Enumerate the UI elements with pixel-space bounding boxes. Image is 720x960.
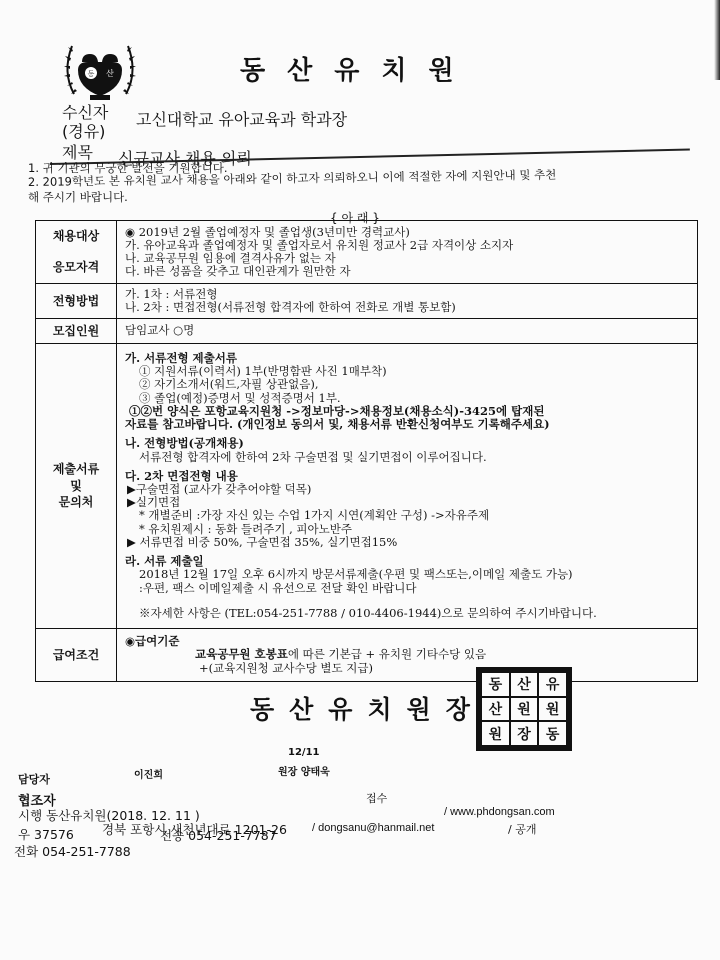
seal-char: 산 (482, 698, 509, 721)
section-na-title: 나. 전형방법(공개채용) (125, 437, 689, 450)
label-headcount: 모집인원 (36, 319, 117, 344)
section-ga-note: 자료를 참고바랍니다. (개인정보 동의서 및, 채용서류 반환신청여부도 기록… (125, 418, 689, 431)
label-target: 채용대상 (37, 228, 115, 245)
via-label: (경유) (62, 119, 105, 142)
label-selection-method: 전형방법 (36, 284, 117, 319)
headcount-content: 담임교사 ○명 (117, 319, 698, 344)
salary-basis: 교육공무원 호봉표 (195, 647, 288, 661)
eligibility-line: ◉ 2019년 2월 졸업예정자 및 졸업생(3년미만 경력교사) (125, 226, 689, 239)
section-na-text: 서류전형 합격자에 한하여 2차 구술면접 및 실기면접이 이루어집니다. (125, 451, 689, 464)
seal-char: 유 (539, 673, 566, 696)
staff-name: 이진희 (134, 766, 163, 781)
disclosure-status: / 공개 (508, 821, 536, 837)
label-documents-line: 제출서류 (37, 461, 115, 478)
intro-line-3: 해 주시기 바랍니다. (28, 189, 128, 205)
fax-number: 전송 054-251-7787 (160, 826, 277, 844)
table-row-salary: 급여조건 ◉급여기준 교육공무원 호봉표에 따른 기본급 + 유치원 기타수당 … (36, 628, 698, 681)
seal-char: 원 (482, 722, 509, 745)
contact-note: ※자세한 사항은 (TEL:054-251-7788 / 010-4406-19… (125, 607, 689, 620)
zip-code: 우 37576 (18, 825, 74, 843)
section-da-item: * 유치원제시 : 동화 들려주기 , 피아노반주 (125, 523, 689, 536)
kindergarten-logo-icon: 동 산 (60, 32, 140, 110)
section-ra-item: :우편, 팩스 이메일제출 시 유선으로 전달 확인 바랍니다 (125, 582, 689, 595)
email-link[interactable]: / dongsanu@hanmail.net (312, 822, 434, 834)
approval-date: 12/11 (288, 747, 319, 758)
label-documents-line: 문의처 (37, 494, 115, 511)
seal-char: 동 (482, 673, 509, 696)
label-qualification: 응모자격 (37, 259, 115, 276)
receipt-label: 접수 (366, 790, 387, 806)
principal-name: 원장 양태욱 (278, 763, 330, 778)
recipient-value: 고신대학교 유아교육과 학과장 (136, 107, 347, 130)
seal-char: 원 (511, 698, 538, 721)
document-title: 동산유치원 (240, 50, 476, 87)
table-row-selection-method: 전형방법 가. 1차 : 서류전형 나. 2차 : 면접전형(서류전형 합격자에… (36, 284, 698, 319)
salary-content: ◉급여기준 교육공무원 호봉표에 따른 기본급 + 유치원 기타수당 있음 +(… (117, 628, 698, 681)
section-ga-item: ② 자기소개서(워드,자필 상관없음), (125, 378, 689, 391)
phone-number: 전화 054-251-7788 (14, 842, 131, 860)
salary-basis-rest: 에 따른 기본급 + 유치원 기타수당 있음 (288, 647, 486, 661)
section-da-title: 다. 2차 면접전형 내용 (125, 470, 689, 483)
eligibility-line: 다. 바른 성품을 갖추고 대인관계가 원만한 자 (125, 265, 689, 278)
recruitment-table: 채용대상 응모자격 ◉ 2019년 2월 졸업예정자 및 졸업생(3년미만 경력… (35, 220, 698, 682)
logo-text-right: 산 (106, 68, 114, 78)
table-row-documents: 제출서류 및 문의처 가. 서류전형 제출서류 ① 지원서류(이력서) 1부(반… (36, 344, 698, 629)
label-documents-line: 및 (37, 478, 115, 495)
seal-char: 원 (539, 698, 566, 721)
section-da-item: ▶구술면접 (교사가 갖추어야할 덕목) (125, 483, 689, 496)
section-ga-item: ③ 졸업(예정)증명서 및 성적증명서 1부. (125, 392, 689, 405)
selection-method-content: 가. 1차 : 서류전형 나. 2차 : 면접전형(서류전형 합격자에 한하여 … (117, 284, 698, 319)
label-documents: 제출서류 및 문의처 (36, 344, 117, 629)
eligibility-content: ◉ 2019년 2월 졸업예정자 및 졸업생(3년미만 경력교사) 가. 유아교… (117, 221, 698, 284)
table-row-headcount: 모집인원 담임교사 ○명 (36, 319, 698, 344)
label-salary: 급여조건 (36, 628, 117, 681)
seal-char: 동 (539, 722, 566, 745)
label-eligibility: 채용대상 응모자격 (36, 221, 117, 284)
table-row-eligibility: 채용대상 응모자격 ◉ 2019년 2월 졸업예정자 및 졸업생(3년미만 경력… (36, 221, 698, 284)
scan-edge-shadow (714, 0, 720, 80)
salary-extra: +(교육지원청 교사수당 별도 지급) (125, 662, 689, 675)
staff-label: 담당자 (18, 771, 50, 787)
section-da-item: ▶ 서류면접 비중 50%, 구술면접 35%, 실기면접15% (125, 536, 689, 549)
official-seal-icon: 동 산 유 산 원 원 원 장 동 (476, 667, 572, 751)
documents-content: 가. 서류전형 제출서류 ① 지원서류(이력서) 1부(반명함판 사진 1매부착… (117, 344, 698, 629)
seal-char: 장 (511, 722, 538, 745)
section-da-item: * 개별준비 :가장 자신 있는 수업 1가지 시연(계획안 구성) ->자유주… (125, 509, 689, 522)
section-ra-item: 2018년 12월 17일 오후 6시까지 방문서류제출(우편 및 팩스또는,이… (125, 568, 689, 581)
selection-line: 나. 2차 : 면접전형(서류전형 합격자에 한하여 전화로 개별 통보함) (125, 301, 689, 314)
website-link[interactable]: / www.phdongsan.com (444, 806, 555, 818)
logo-text-left: 동 (88, 70, 95, 78)
signature-title: 동산유치원장 (250, 690, 485, 726)
seal-char: 산 (511, 673, 538, 696)
